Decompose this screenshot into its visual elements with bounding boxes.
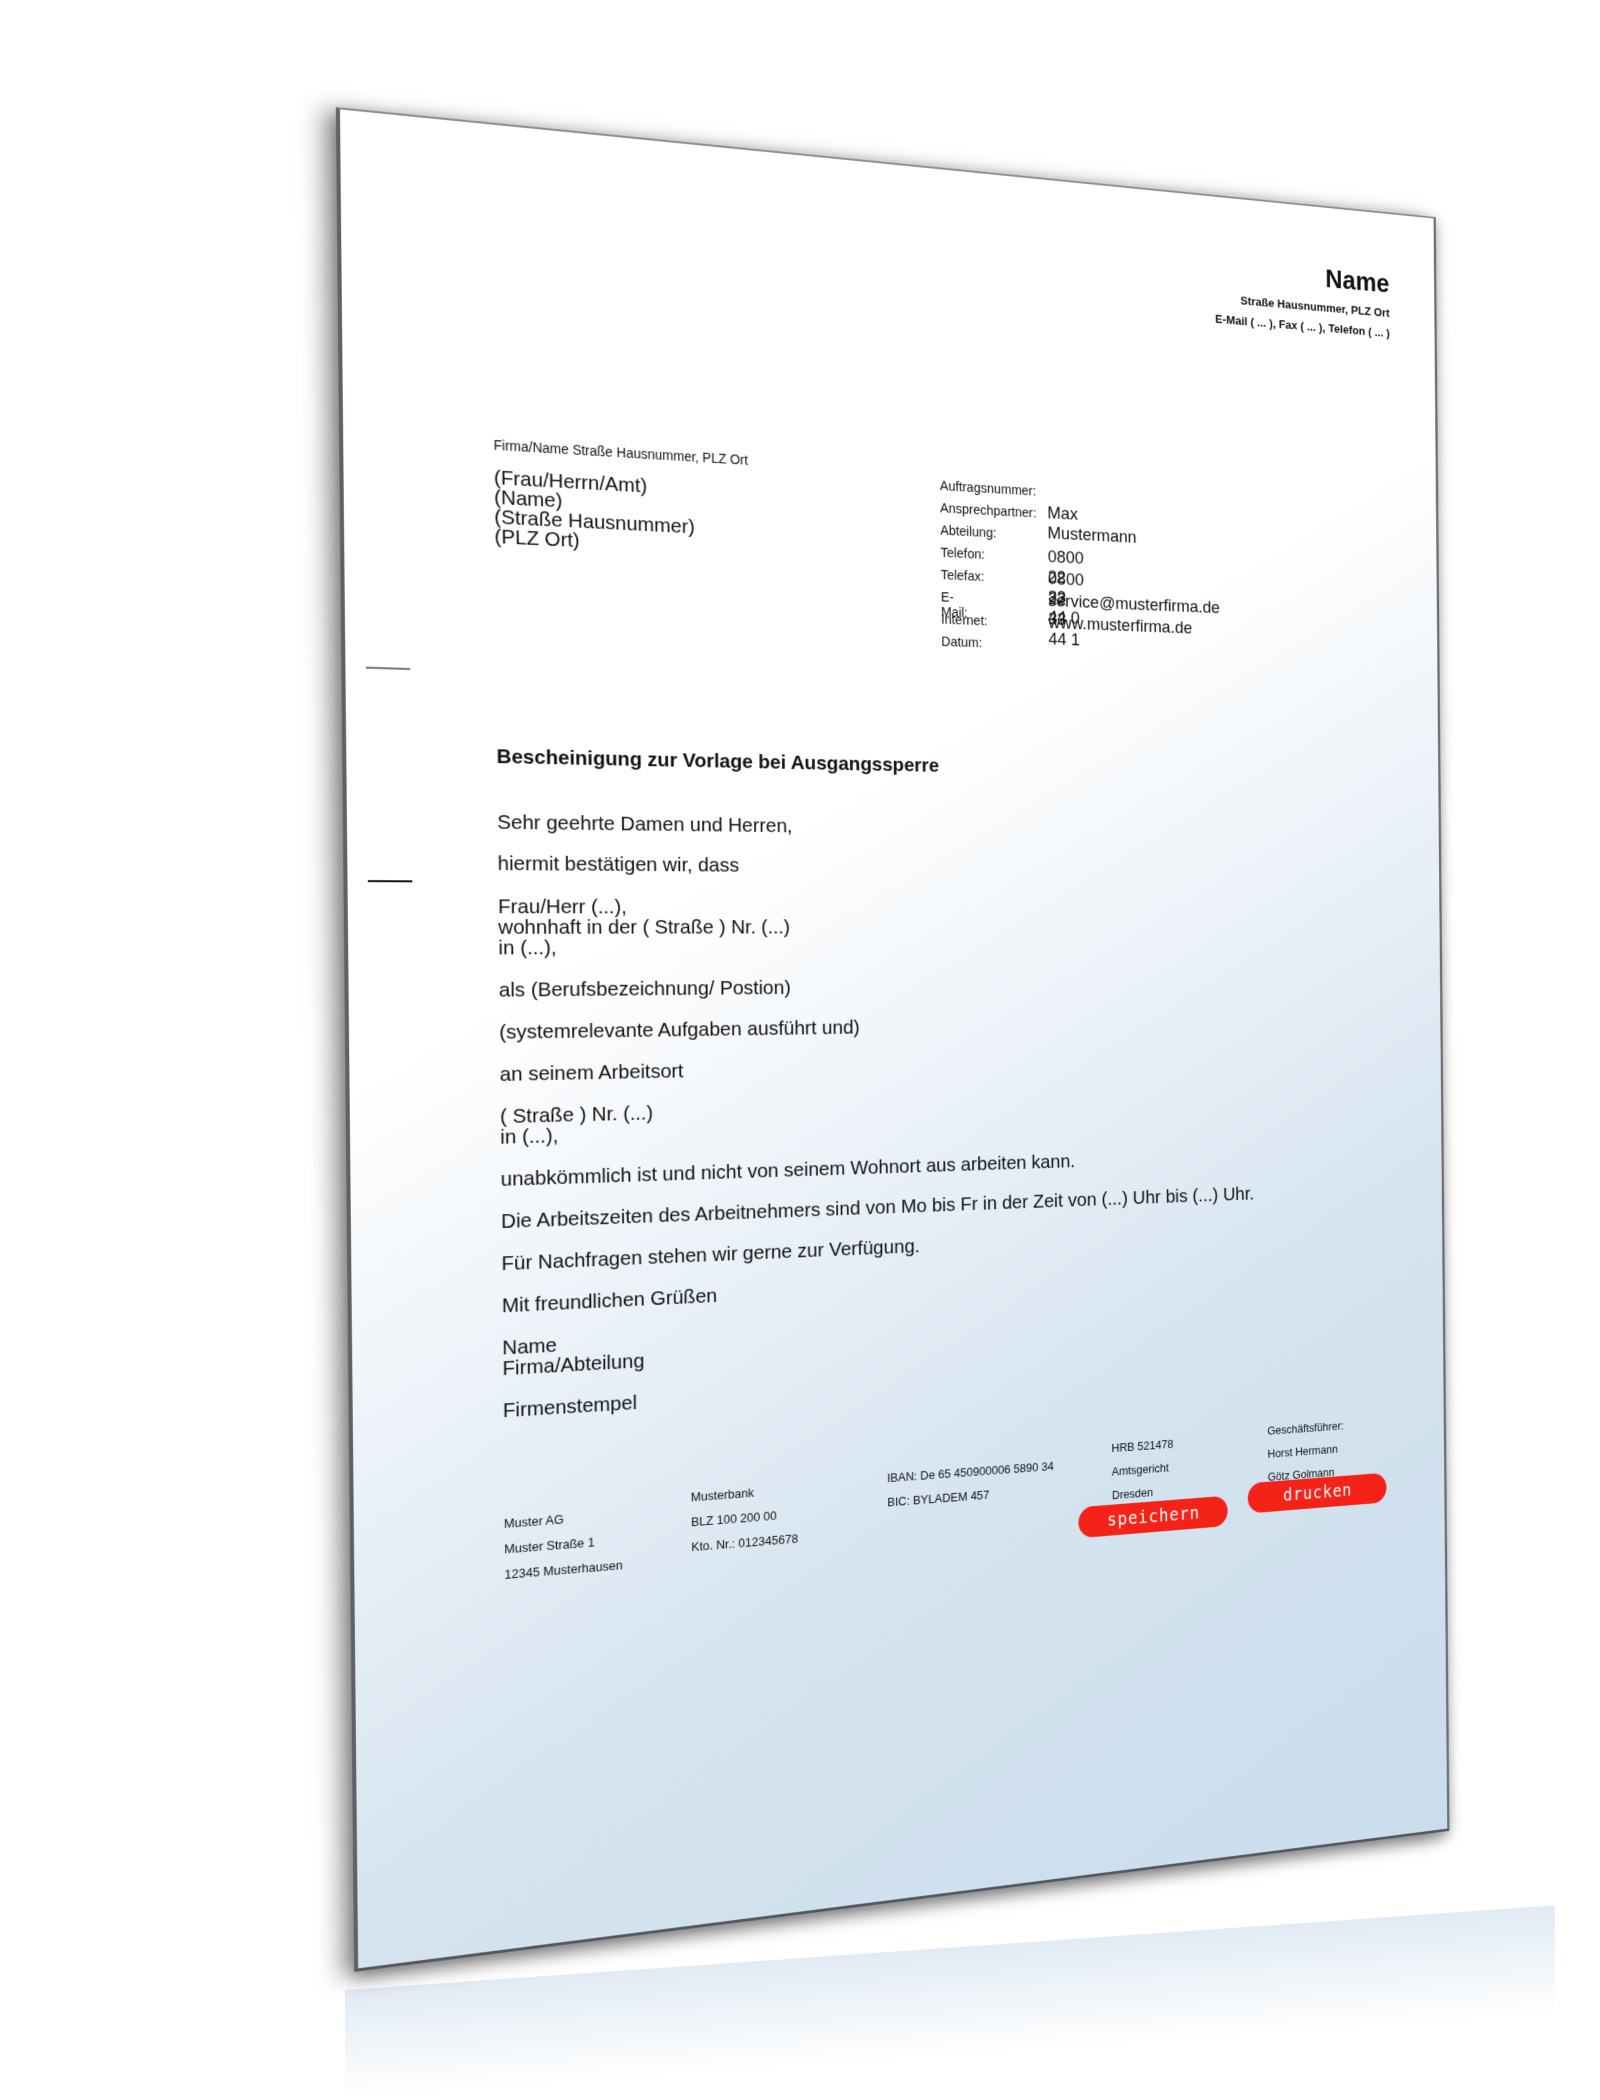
salutation: Sehr geehrte Damen und Herren,: [497, 812, 1342, 842]
workplace-block: ( Straße ) Nr. (...) in (...),: [500, 1087, 1344, 1148]
footer-line: Dresden: [1112, 1484, 1174, 1502]
info-label: Ansprechpartner:: [940, 501, 1037, 521]
footer-line: HRB 521478: [1111, 1437, 1173, 1455]
recipient-block: (Frau/Herrn/Amt) (Name) (Straße Hausnumm…: [494, 468, 695, 556]
person-line: in (...),: [498, 936, 1342, 958]
footer-line: Geschäftsführer:: [1267, 1419, 1344, 1438]
person-line: wohnhaft in der ( Straße ) Nr. (...): [498, 917, 1342, 938]
fold-mark: [366, 667, 410, 670]
save-button[interactable]: speichern: [1078, 1496, 1227, 1539]
footer-line: BIC: BYLADEM 457: [887, 1483, 1054, 1510]
footer-line: 12345 Musterhausen: [504, 1558, 622, 1582]
footer-line: Horst Hermann: [1268, 1442, 1345, 1461]
footer-bank: Musterbank BLZ 100 200 00 Kto. Nr.: 0123…: [691, 1482, 799, 1564]
return-address: Firma/Name Straße Hausnummer, PLZ Ort: [494, 437, 748, 468]
workplace-intro: an seinem Arbeitsort: [500, 1049, 1344, 1084]
info-label: Auftragsnummer:: [940, 479, 1037, 499]
footer-line: IBAN: De 65 450900006 5890 34: [887, 1459, 1054, 1485]
info-label: Telefax:: [941, 568, 985, 585]
footer-line: Amtsgericht: [1112, 1460, 1174, 1478]
subject-line: Bescheinigung zur Vorlage bei Ausgangssp…: [496, 745, 939, 777]
info-label: Internet:: [941, 612, 988, 629]
footer-line: Muster AG: [504, 1507, 622, 1530]
letter-body: Sehr geehrte Damen und Herren, hiermit b…: [497, 812, 1346, 1421]
info-block: Auftragsnummer: Ansprechpartner: Max Mus…: [940, 475, 942, 653]
info-value: Max Mustermann: [1047, 504, 1136, 549]
info-label: Datum:: [941, 635, 982, 651]
footer-line: BLZ 100 200 00: [691, 1507, 798, 1529]
intro-text: hiermit bestätigen wir, dass: [498, 853, 1343, 879]
person-block: Frau/Herr (...), wohnhaft in der ( Straß…: [498, 897, 1343, 959]
systemrelevant-text: (systemrelevante Aufgaben ausführt und): [499, 1012, 1343, 1043]
footer-line: Kto. Nr.: 012345678: [691, 1531, 798, 1554]
footer-line: Musterbank: [691, 1482, 798, 1504]
info-label: Telefon:: [940, 546, 984, 563]
footer-iban: IBAN: De 65 450900006 5890 34 BIC: BYLAD…: [887, 1459, 1054, 1520]
person-line: Frau/Herr (...),: [498, 897, 1343, 918]
info-label: Abteilung:: [940, 523, 996, 541]
footer-company: Muster AG Muster Straße 1 12345 Musterha…: [504, 1507, 623, 1592]
footer-line: Muster Straße 1: [504, 1533, 622, 1557]
document-stage: Name Straße Hausnummer, PLZ Ort E-Mail (…: [0, 0, 1600, 2100]
indispensable-text: unabkömmlich ist und nicht von seinem Wo…: [501, 1143, 1345, 1190]
position-text: als (Berufsbezeichnung/ Postion): [499, 974, 1343, 1001]
document-page: Name Straße Hausnummer, PLZ Ort E-Mail (…: [336, 107, 1450, 1972]
punch-mark: [368, 880, 412, 882]
sender-block: Name Straße Hausnummer, PLZ Ort E-Mail (…: [1215, 254, 1390, 340]
